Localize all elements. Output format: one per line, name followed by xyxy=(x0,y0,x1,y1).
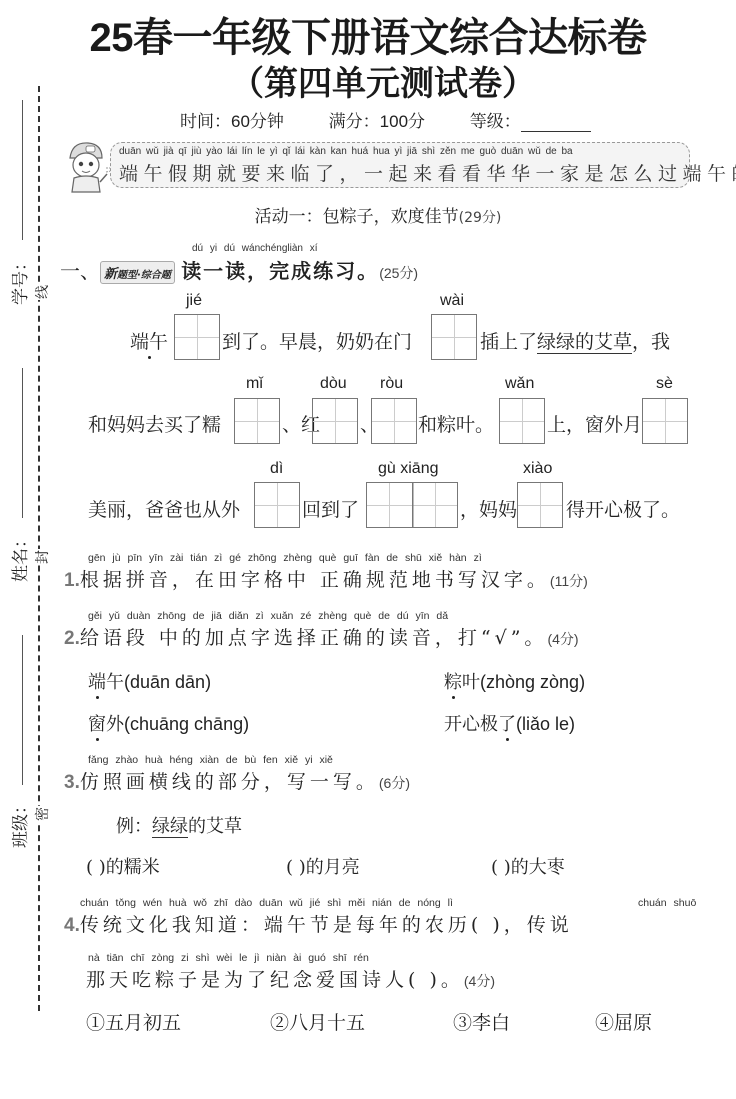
passage-line-2-a: 和妈妈去买了糯 xyxy=(88,410,221,437)
option-kaixinjile[interactable]: 开心极了(liǎo le) xyxy=(444,710,575,736)
passage-line-3-d: 得开心极了。 xyxy=(566,495,680,522)
question-4: 4.传统文化我知道：端午节是每年的农历( )，传说 xyxy=(64,910,573,937)
q2-pinyin: gěi yǔ duàn zhōng de jiā diǎn zì xuǎn zé… xyxy=(88,610,448,622)
tianzige-box-wan[interactable] xyxy=(499,398,545,444)
section1-title: 读一读，完成练习。 xyxy=(181,259,379,283)
tianzige-box-guxiang[interactable] xyxy=(366,482,458,528)
choice-4: ④屈原 xyxy=(595,1008,652,1035)
passage-line-3-a: 美丽，爸爸也从外 xyxy=(88,495,240,522)
q3-blank-dates[interactable]: ( )的大枣 xyxy=(491,853,565,879)
full-score: 满分：100分 xyxy=(329,112,425,131)
question-2: 2.给语段 中的加点字选择正确的读音，打“√”。(4分) xyxy=(64,623,579,650)
option-duanwu[interactable]: 端午(duān dān) xyxy=(88,668,211,694)
intro-text: 端午假期就要来临了，一起来看看华华一家是怎么过端午的吧！ xyxy=(119,159,736,186)
passage-line-3-c: ，妈妈 xyxy=(460,495,517,522)
q3-blank-moon[interactable]: ( )的月亮 xyxy=(286,853,360,879)
pinyin-se: sè xyxy=(656,375,673,393)
pinyin-guxiang: gù xiāng xyxy=(378,460,439,478)
tianzige-box-mi[interactable] xyxy=(234,398,280,444)
tianzige-box-di[interactable] xyxy=(254,482,300,528)
exam-meta: 时间：60分钟 满分：100分 等级： xyxy=(180,107,631,132)
option-zongye[interactable]: 粽叶(zhòng zòng) xyxy=(444,668,585,694)
passage-line-1-end: 插上了绿绿的艾草，我 xyxy=(480,327,670,354)
choice-1: ①五月初五 xyxy=(86,1008,181,1035)
binding-margin: 学号： 线 姓名： 封 班级： 密 xyxy=(0,0,60,1099)
passage-line-3-b: 回到了 xyxy=(302,495,359,522)
tianzige-box-dou[interactable] xyxy=(312,398,358,444)
grade-label: 等级： xyxy=(470,112,521,131)
seal-char-seal: 封 xyxy=(32,549,52,565)
pinyin-xiao: xiào xyxy=(523,460,552,478)
passage-line-2-e: 上，窗外月 xyxy=(547,410,642,437)
q3-blank-glutinous-rice[interactable]: ( )的糯米 xyxy=(86,853,160,879)
activity-title: 活动一：包粽子，欢度佳节(29分) xyxy=(0,202,736,227)
page-title: 25春一年级下册语文综合达标卷 xyxy=(0,6,736,63)
seal-char-secret: 密 xyxy=(32,806,52,822)
pinyin-wai: wài xyxy=(440,292,464,310)
section1-points: (25分) xyxy=(379,265,418,281)
new-question-badge: 新题型·综合题 xyxy=(100,261,175,284)
q4-pinyin-right: chuán shuō xyxy=(638,897,696,909)
tianzige-box-se[interactable] xyxy=(642,398,688,444)
q3-pinyin: fǎng zhào huà héng xiàn de bù fen xiě yi… xyxy=(88,754,333,766)
intro-pinyin: duān wǔ jià qī jiù yào lái lín le yì qǐ … xyxy=(119,146,573,157)
q4-text-line2[interactable]: 那天吃粽子是为了纪念爱国诗人( )。 xyxy=(86,969,464,991)
q4-pinyin-2: nà tiān chī zòng zi shì wèi le jì niàn à… xyxy=(88,952,369,964)
question-3: 3.仿照画横线的部分，写一写。(6分) xyxy=(64,767,410,794)
section1-heading: 一、新题型·综合题 读一读，完成练习。(25分) xyxy=(60,255,418,284)
question-1: 1.根据拼音，在田字格中 正确规范地书写汉字。(11分) xyxy=(64,565,588,592)
student-id-label: 学号： xyxy=(6,254,31,305)
passage-line-2-d: 和粽叶。 xyxy=(418,410,494,437)
pinyin-jie: jié xyxy=(186,292,202,310)
section1-pinyin: dú yi dú wánchéngliàn xí xyxy=(192,243,318,254)
tianzige-box-wai[interactable] xyxy=(431,314,477,360)
passage-line-1-mid: 到了。早晨，奶奶在门 xyxy=(222,327,412,354)
pinyin-dou: dòu xyxy=(320,375,347,393)
pinyin-di: dì xyxy=(270,460,283,478)
tianzige-box-xiao[interactable] xyxy=(517,482,563,528)
question-4-line2: 那天吃粽子是为了纪念爱国诗人( )。(4分) xyxy=(86,965,495,992)
mascot-boy-icon xyxy=(60,138,112,194)
tianzige-box-jie[interactable] xyxy=(174,314,220,360)
q3-example: 例：绿绿的艾草 xyxy=(116,812,242,838)
class-line[interactable] xyxy=(22,635,23,785)
pinyin-mi: mǐ xyxy=(246,375,263,393)
page-subtitle: （第四单元测试卷） xyxy=(0,56,736,105)
seal-char-line: 线 xyxy=(32,284,52,300)
q4-pinyin: chuán tǒng wén huà wǒ zhī dào duān wǔ ji… xyxy=(80,897,453,909)
class-label: 班级： xyxy=(6,797,31,848)
grade-input[interactable] xyxy=(521,116,591,132)
name-label: 姓名： xyxy=(6,531,31,582)
passage-line-1-start: 端午 xyxy=(130,327,168,354)
option-chuangwai[interactable]: 窗外(chuāng chāng) xyxy=(88,710,249,736)
pinyin-wan: wǎn xyxy=(505,375,534,393)
pinyin-rou: ròu xyxy=(380,375,403,393)
q1-pinyin: gēn jù pīn yīn zài tián zì gé zhōng zhèn… xyxy=(88,552,482,564)
speech-bubble: duān wǔ jià qī jiù yào lái lín le yì qǐ … xyxy=(110,142,690,188)
tianzige-box-rou[interactable] xyxy=(371,398,417,444)
choice-2: ②八月十五 xyxy=(270,1008,365,1035)
time-limit: 时间：60分钟 xyxy=(180,112,284,131)
activity-points: (29分) xyxy=(459,210,502,226)
choice-3: ③李白 xyxy=(453,1008,510,1035)
underlined-phrase: 绿绿的艾草 xyxy=(537,331,632,354)
name-line[interactable] xyxy=(22,368,23,518)
q4-text-line1[interactable]: 传统文化我知道：端午节是每年的农历( )，传说 xyxy=(80,914,573,936)
